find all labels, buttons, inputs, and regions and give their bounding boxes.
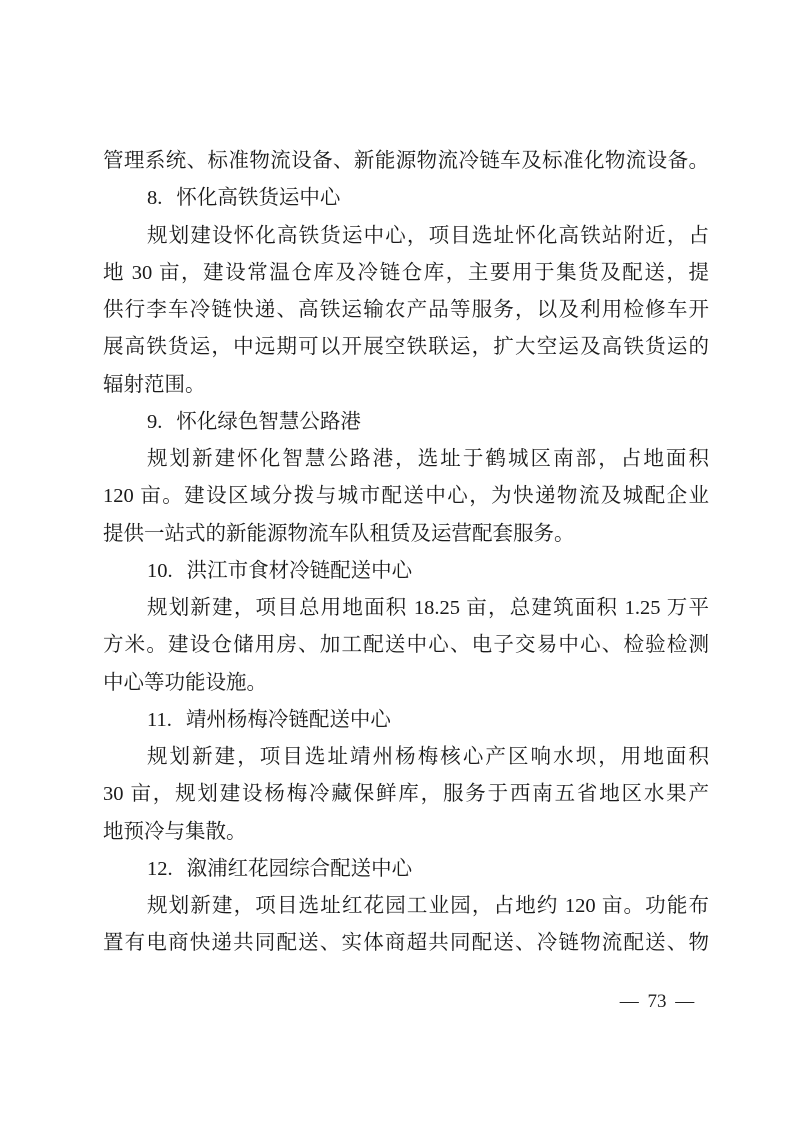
document-body: 管理系统、标准物流设备、新能源物流冷链车及标准化物流设备。 8.怀化高铁货运中心… <box>103 143 709 963</box>
section-number: 12. <box>147 851 173 888</box>
text-line: 规划新建，项目选址红花园工业园，占地约 120 亩。功能布 <box>103 888 709 925</box>
text-line: 120 亩。建设区域分拨与城市配送中心，为快递物流及城配企业 <box>103 478 709 515</box>
text-line: 地 30 亩，建设常温仓库及冷链仓库，主要用于集货及配送，提 <box>103 255 709 292</box>
section-heading-12: 12.溆浦红花园综合配送中心 <box>103 851 709 888</box>
section-number: 9. <box>147 404 162 441</box>
section-heading-9: 9.怀化绿色智慧公路港 <box>103 404 709 441</box>
section-title: 靖州杨梅冷链配送中心 <box>186 709 391 731</box>
text-line: 规划新建怀化智慧公路港，选址于鹤城区南部，占地面积 <box>103 441 709 478</box>
text-line: 提供一站式的新能源物流车队租赁及运营配套服务。 <box>103 516 709 553</box>
text-line: 方米。建设仓储用房、加工配送中心、电子交易中心、检验检测 <box>103 627 709 664</box>
text-line: 地预冷与集散。 <box>103 814 709 851</box>
text-line: 规划建设怀化高铁货运中心，项目选址怀化高铁站附近，占 <box>103 218 709 255</box>
section-title: 洪江市食材冷链配送中心 <box>187 560 413 582</box>
text-line: 30 亩，规划建设杨梅冷藏保鲜库，服务于西南五省地区水果产 <box>103 776 709 813</box>
section-number: 10. <box>147 553 173 590</box>
section-number: 8. <box>147 180 162 217</box>
document-page: 管理系统、标准物流设备、新能源物流冷链车及标准化物流设备。 8.怀化高铁货运中心… <box>0 0 793 1122</box>
page-number: — 73 — <box>612 991 702 1013</box>
text-line: 管理系统、标准物流设备、新能源物流冷链车及标准化物流设备。 <box>103 143 709 180</box>
text-line: 规划新建，项目总用地面积 18.25 亩，总建筑面积 1.25 万平 <box>103 590 709 627</box>
text-line: 置有电商快递共同配送、实体商超共同配送、冷链物流配送、物 <box>103 925 709 962</box>
text-line: 中心等功能设施。 <box>103 665 709 702</box>
section-title: 怀化绿色智慧公路港 <box>176 411 361 433</box>
section-title: 怀化高铁货运中心 <box>176 187 340 209</box>
section-number: 11. <box>147 702 172 739</box>
text-line: 辐射范围。 <box>103 367 709 404</box>
text-line: 供行李车冷链快递、高铁运输农产品等服务，以及利用检修车开 <box>103 292 709 329</box>
text-line: 展高铁货运，中远期可以开展空铁联运，扩大空运及高铁货运的 <box>103 329 709 366</box>
text-line: 规划新建，项目选址靖州杨梅核心产区响水坝，用地面积 <box>103 739 709 776</box>
section-heading-8: 8.怀化高铁货运中心 <box>103 180 709 217</box>
section-heading-11: 11.靖州杨梅冷链配送中心 <box>103 702 709 739</box>
section-heading-10: 10.洪江市食材冷链配送中心 <box>103 553 709 590</box>
section-title: 溆浦红花园综合配送中心 <box>187 858 413 880</box>
